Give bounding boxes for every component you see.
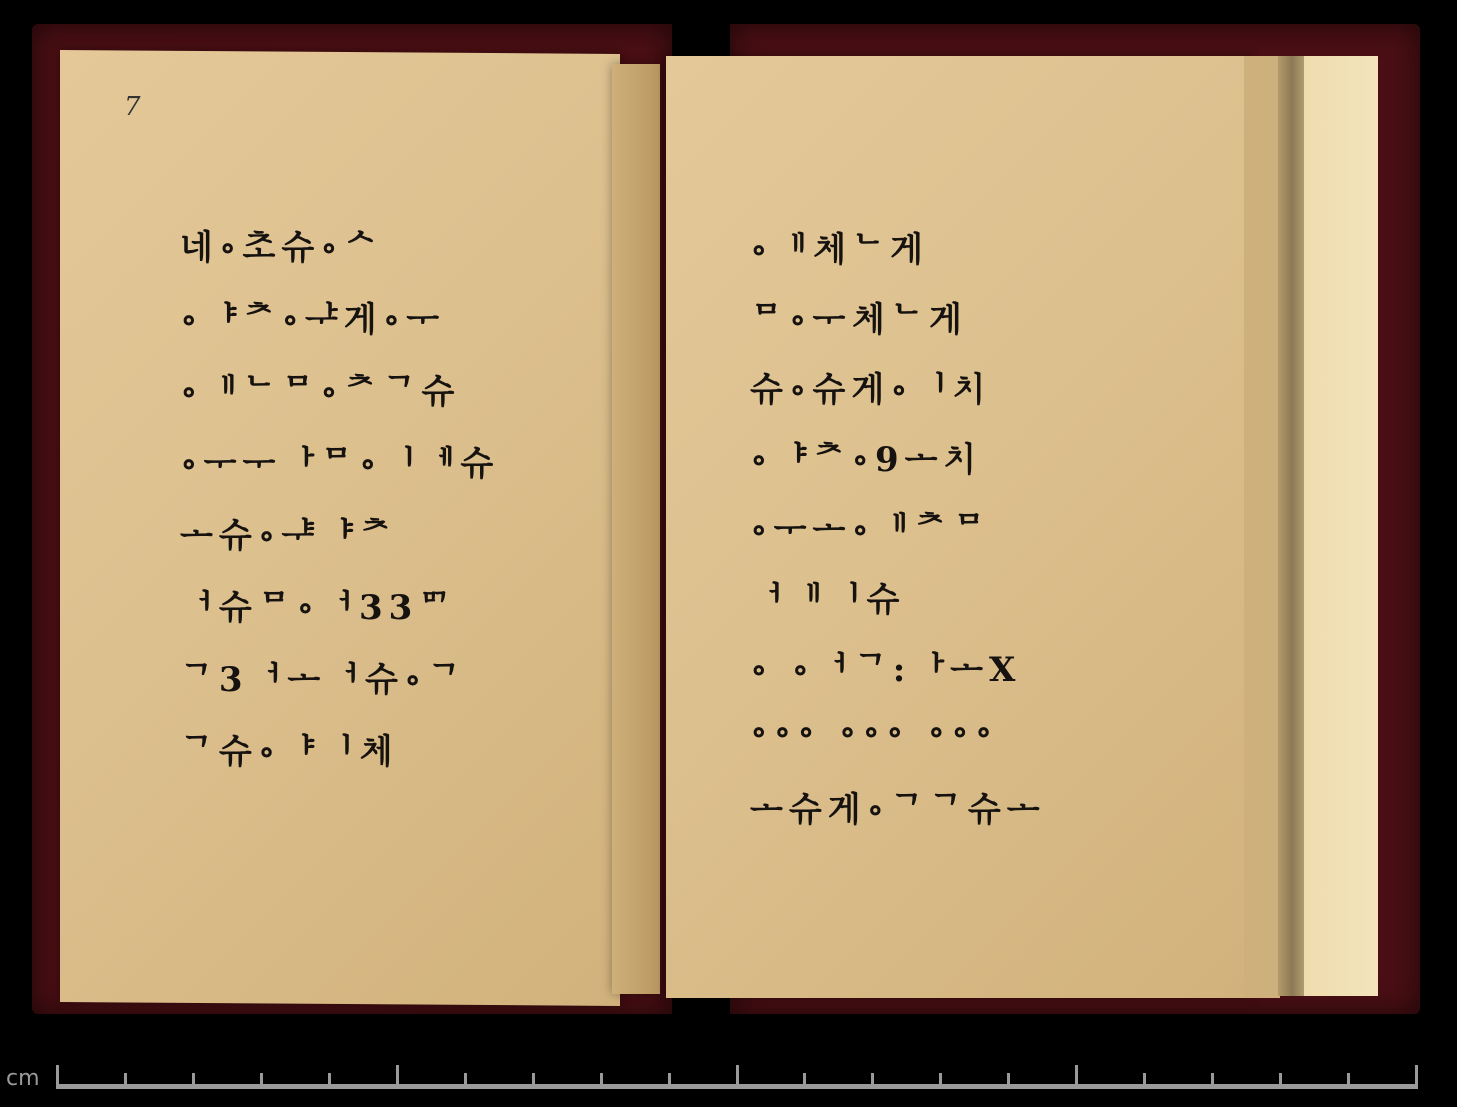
scale-tick — [464, 1073, 467, 1089]
scale-tick — [668, 1073, 671, 1089]
scale-tick — [803, 1073, 806, 1089]
manuscript-line: ᅩ슈게∘ᄀᄀ슈ᅩ — [750, 782, 1046, 831]
scale-tick — [939, 1073, 942, 1089]
manuscript-line: 네∘ᅔᅩ슈∘ᄉ — [180, 220, 383, 269]
scale-tick — [600, 1073, 603, 1089]
manuscript-line: ᄀ슈∘ᅣᅵᅔᅦ — [180, 724, 398, 773]
scale-tick — [1279, 1073, 1282, 1089]
manuscript-line: ∘ᅮᅮᅡᄆ∘ᅵᅦ슈 — [180, 436, 499, 485]
scale-tick — [1143, 1073, 1146, 1089]
manuscript-line: ∘ ∘ᅥᄀ:ᅡᅩX — [750, 642, 1021, 691]
scale-unit-label: cm — [6, 1066, 40, 1091]
manuscript-line: 슈∘슈게∘ᅵᅔᅵ — [750, 362, 991, 411]
manuscript-line: ᅩ슈∘ᅣᅮᅣᅔ — [180, 508, 398, 557]
endpaper — [1304, 56, 1378, 996]
scale-bar — [56, 1084, 1418, 1089]
manuscript-line: ∘ᅣᅔ∘9ᅩᅔᅵ — [750, 432, 982, 481]
scale-tick — [328, 1073, 331, 1089]
manuscript-line: ∘ᅵᅵᅔᅦᄂ게 — [750, 222, 929, 271]
scale-tick — [1075, 1065, 1078, 1089]
scale-tick — [1415, 1065, 1418, 1089]
manuscript-line: ∘ᅮᅩ∘ᅵᅵᅔᄆ — [750, 502, 991, 551]
scale-tick — [124, 1073, 127, 1089]
scale-tick — [1007, 1073, 1010, 1089]
scale-tick — [532, 1073, 535, 1089]
page-edge — [1244, 56, 1280, 998]
scale-tick — [396, 1065, 399, 1089]
scale-tick — [56, 1065, 59, 1089]
scale-tick — [192, 1073, 195, 1089]
manuscript-line: ∘ᅵᅵᄂᄆ∘ᅔᄀ슈 — [180, 364, 460, 413]
folio-number: 7 — [124, 92, 141, 122]
manuscript-line: ᅥ슈ᄆ∘ᅥ33ᄆᄀ — [180, 580, 457, 629]
scale-tick — [736, 1065, 739, 1089]
scale-tick — [1347, 1073, 1350, 1089]
scale-tick — [1211, 1073, 1214, 1089]
manuscript-line: ∘∘∘ ∘∘∘ ∘∘∘ — [750, 712, 998, 752]
manuscript-line: ᄀ3ᅥᅩᅥ슈∘ᄀ — [180, 652, 466, 701]
scale-tick — [260, 1073, 263, 1089]
manuscript-line: ∘ᅣᅔ∘ᅷ게∘ᅮ — [180, 292, 445, 341]
scale-tick — [871, 1073, 874, 1089]
manuscript-line: ᄆ∘ᅮᅔᅦᄂ게 — [750, 292, 968, 341]
gutter — [612, 64, 660, 994]
page-edge-gilt — [1278, 56, 1306, 996]
manuscript-line: ᅥᅵᅵᅵ슈 — [750, 572, 905, 621]
